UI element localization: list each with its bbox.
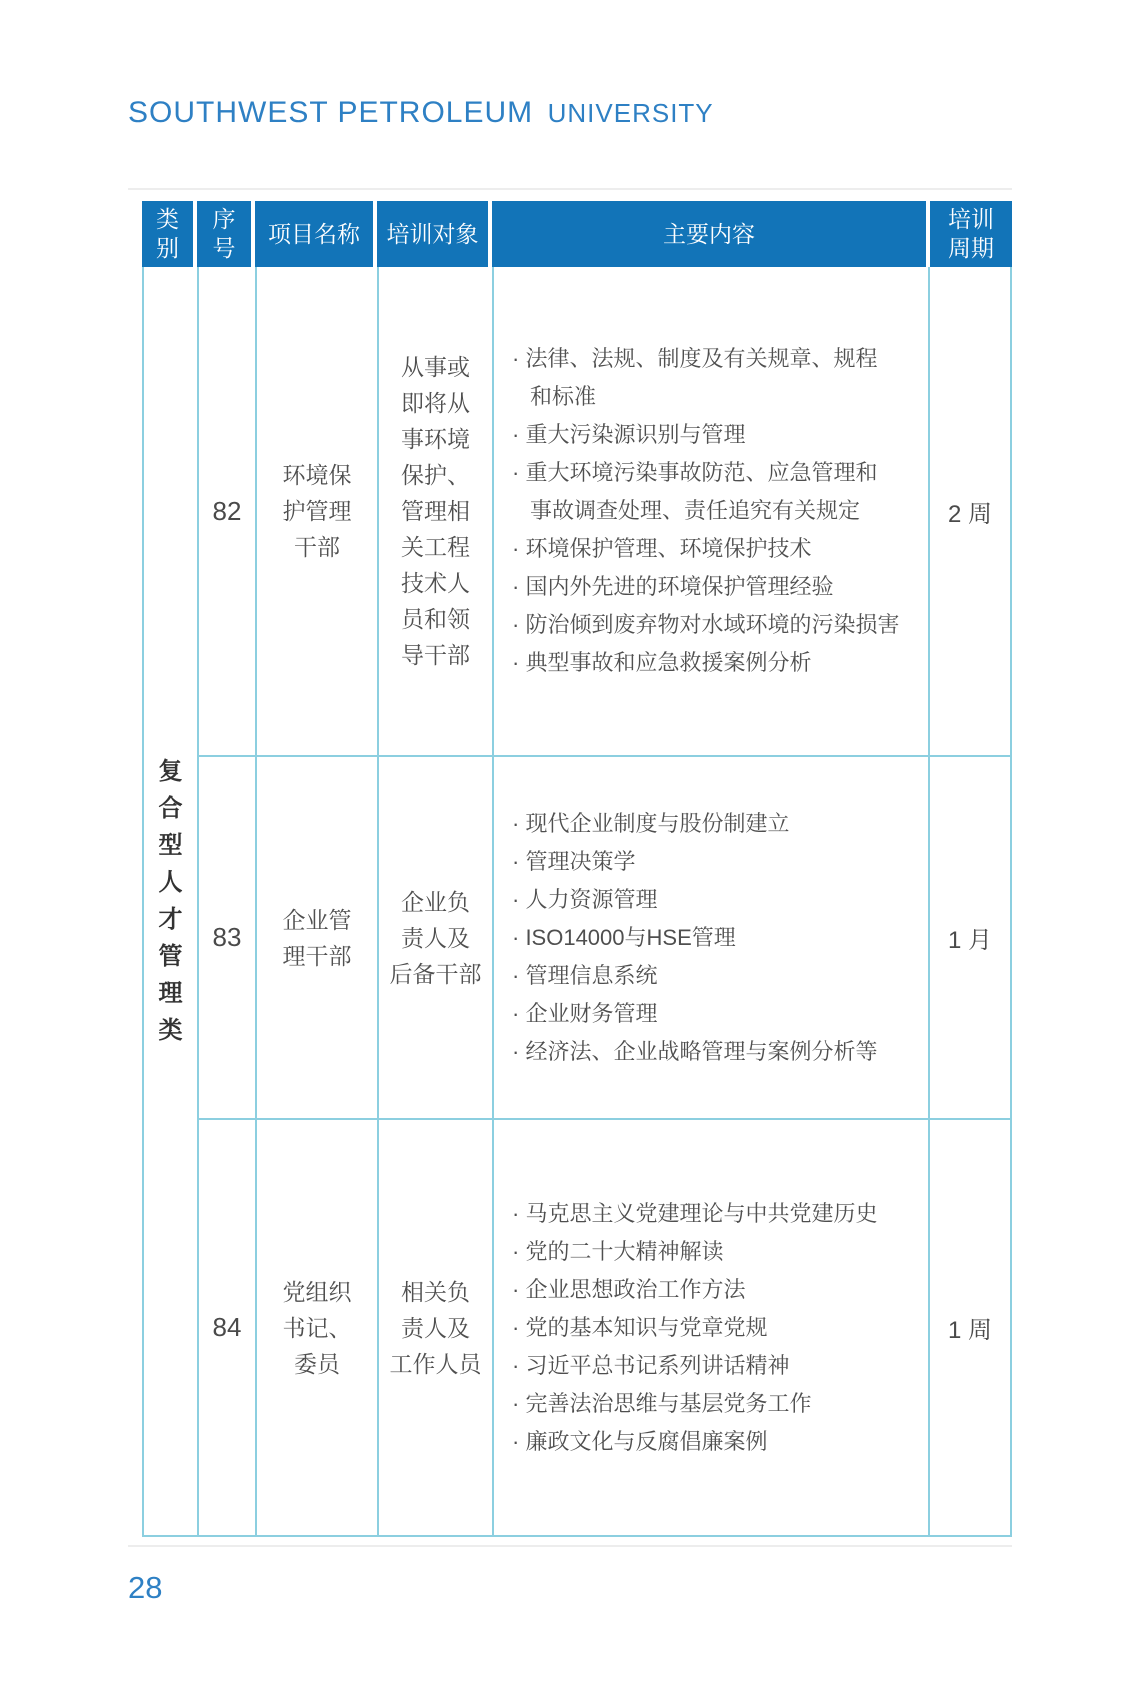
brand-subtitle: UNIVERSITY <box>548 98 714 128</box>
content-line: · 企业思想政治工作方法 <box>512 1271 922 1309</box>
row-83-name-cell: 企业管理干部 <box>257 757 379 1120</box>
col-header-line: 序 <box>213 205 236 234</box>
row-83-content-cell: · 现代企业制度与股份制建立· 管理决策学· 人力资源管理· ISO14000与… <box>494 757 930 1120</box>
period-value: 2 周 <box>948 494 992 529</box>
category-char: 类 <box>159 1012 183 1049</box>
content-line: · 典型事故和应急救援案例分析 <box>512 644 922 682</box>
content-line: · 习近平总书记系列讲话精神 <box>512 1347 922 1385</box>
name-line: 干部 <box>294 529 340 565</box>
audience-line: 企业负 <box>401 884 470 920</box>
row-84-name-cell: 党组织书记、委员 <box>257 1120 379 1535</box>
page-number: 28 <box>128 1570 162 1606</box>
content-line: · 防治倾到废弃物对水域环境的污染损害 <box>512 606 922 644</box>
category-char: 管 <box>159 938 183 975</box>
content-line: 事故调查处理、责任追究有关规定 <box>512 492 922 530</box>
row-82-content-cell: · 法律、法规、制度及有关规章、规程和标准· 重大污染源识别与管理· 重大环境污… <box>494 267 930 757</box>
row-82-name-cell: 环境保护管理干部 <box>257 267 379 757</box>
row-82-no-cell: 82 <box>199 267 257 757</box>
audience-line: 后备干部 <box>390 956 482 992</box>
row-84-period-cell: 1 周 <box>930 1120 1010 1535</box>
name-line: 企业管 <box>283 902 352 938</box>
content-line: · 重大污染源识别与管理 <box>512 416 922 454</box>
content-line: · ISO14000与HSE管理 <box>512 919 922 957</box>
period-value: 1 周 <box>948 1310 992 1345</box>
col-header-line: 类 <box>156 205 179 234</box>
content-line: · 经济法、企业战略管理与案例分析等 <box>512 1033 922 1071</box>
audience-line: 即将从 <box>401 385 470 421</box>
row-83-no-cell: 83 <box>199 757 257 1120</box>
audience-line: 从事或 <box>401 349 470 385</box>
content-line: · 企业财务管理 <box>512 995 922 1033</box>
col-header-no: 序号 <box>197 201 255 267</box>
row-84-audience-cell: 相关负责人及工作人员 <box>379 1120 494 1535</box>
document-page: SOUTHWEST PETROLEUM UNIVERSITY 类别 序号 项目名… <box>0 0 1127 1702</box>
category-char: 才 <box>159 901 183 938</box>
row-82-audience-cell: 从事或即将从事环境保护、管理相关工程技术人员和领导干部 <box>379 267 494 757</box>
row-84-content-cell: · 马克思主义党建理论与中共党建历史· 党的二十大精神解读· 企业思想政治工作方… <box>494 1120 930 1535</box>
audience-line: 工作人员 <box>390 1346 482 1382</box>
col-header-content: 主要内容 <box>492 201 930 267</box>
audience-line: 员和领 <box>401 601 470 637</box>
col-header-line: 培训对象 <box>387 220 479 249</box>
content-line: · 完善法治思维与基层党务工作 <box>512 1385 922 1423</box>
name-line: 委员 <box>294 1346 340 1382</box>
content-line: · 法律、法规、制度及有关规章、规程 <box>512 340 922 378</box>
audience-line: 责人及 <box>401 1310 470 1346</box>
audience-line: 相关负 <box>401 1274 470 1310</box>
content-line: · 环境保护管理、环境保护技术 <box>512 530 922 568</box>
university-brand: SOUTHWEST PETROLEUM UNIVERSITY <box>128 96 714 130</box>
audience-line: 保护、 <box>401 457 470 493</box>
faint-divider-bottom <box>128 1545 1012 1547</box>
category-char: 理 <box>159 975 183 1012</box>
col-header-period: 培训周期 <box>930 201 1012 267</box>
col-header-line: 周期 <box>948 234 994 263</box>
content-line: · 廉政文化与反腐倡廉案例 <box>512 1423 922 1461</box>
table-body: 复合型人才管理类 82 环境保护管理干部 从事或即将从事环境保护、管理相关工程技… <box>142 267 1012 1537</box>
col-header-line: 号 <box>213 234 236 263</box>
content-line: · 马克思主义党建理论与中共党建历史 <box>512 1195 922 1233</box>
row-no: 83 <box>213 922 242 953</box>
row-83-audience-cell: 企业负责人及后备干部 <box>379 757 494 1120</box>
name-line: 环境保 <box>283 457 352 493</box>
category-char: 人 <box>159 864 183 901</box>
brand-title: SOUTHWEST PETROLEUM <box>128 96 533 129</box>
category-char: 复 <box>159 753 183 790</box>
audience-line: 事环境 <box>401 421 470 457</box>
row-no: 82 <box>213 496 242 527</box>
audience-line: 责人及 <box>401 920 470 956</box>
faint-divider-top <box>128 188 1012 190</box>
row-83-period-cell: 1 月 <box>930 757 1010 1120</box>
name-line: 书记、 <box>283 1310 352 1346</box>
col-header-name: 项目名称 <box>255 201 377 267</box>
content-line: · 管理信息系统 <box>512 957 922 995</box>
content-line: · 国内外先进的环境保护管理经验 <box>512 568 922 606</box>
name-line: 理干部 <box>283 938 352 974</box>
table-header-row: 类别 序号 项目名称 培训对象 主要内容 培训周期 <box>142 201 1012 267</box>
content-line: · 党的基本知识与党章党规 <box>512 1309 922 1347</box>
period-value: 1 月 <box>948 920 992 955</box>
col-header-category: 类别 <box>142 201 197 267</box>
content-line: · 人力资源管理 <box>512 881 922 919</box>
col-header-line: 主要内容 <box>663 220 755 249</box>
content-line: · 管理决策学 <box>512 843 922 881</box>
audience-line: 技术人 <box>401 565 470 601</box>
col-header-line: 别 <box>156 234 179 263</box>
row-84-no-cell: 84 <box>199 1120 257 1535</box>
name-line: 护管理 <box>283 493 352 529</box>
audience-line: 导干部 <box>401 637 470 673</box>
content-line: · 现代企业制度与股份制建立 <box>512 805 922 843</box>
content-line: · 重大环境污染事故防范、应急管理和 <box>512 454 922 492</box>
content-line: 和标准 <box>512 378 922 416</box>
category-cell: 复合型人才管理类 <box>144 267 199 1535</box>
row-82-period-cell: 2 周 <box>930 267 1010 757</box>
name-line: 党组织 <box>283 1274 352 1310</box>
audience-line: 关工程 <box>401 529 470 565</box>
audience-line: 管理相 <box>401 493 470 529</box>
row-no: 84 <box>213 1312 242 1343</box>
col-header-audience: 培训对象 <box>377 201 492 267</box>
col-header-line: 培训 <box>948 205 994 234</box>
content-line: · 党的二十大精神解读 <box>512 1233 922 1271</box>
col-header-line: 项目名称 <box>268 220 360 249</box>
category-char: 型 <box>159 827 183 864</box>
category-char: 合 <box>159 790 183 827</box>
